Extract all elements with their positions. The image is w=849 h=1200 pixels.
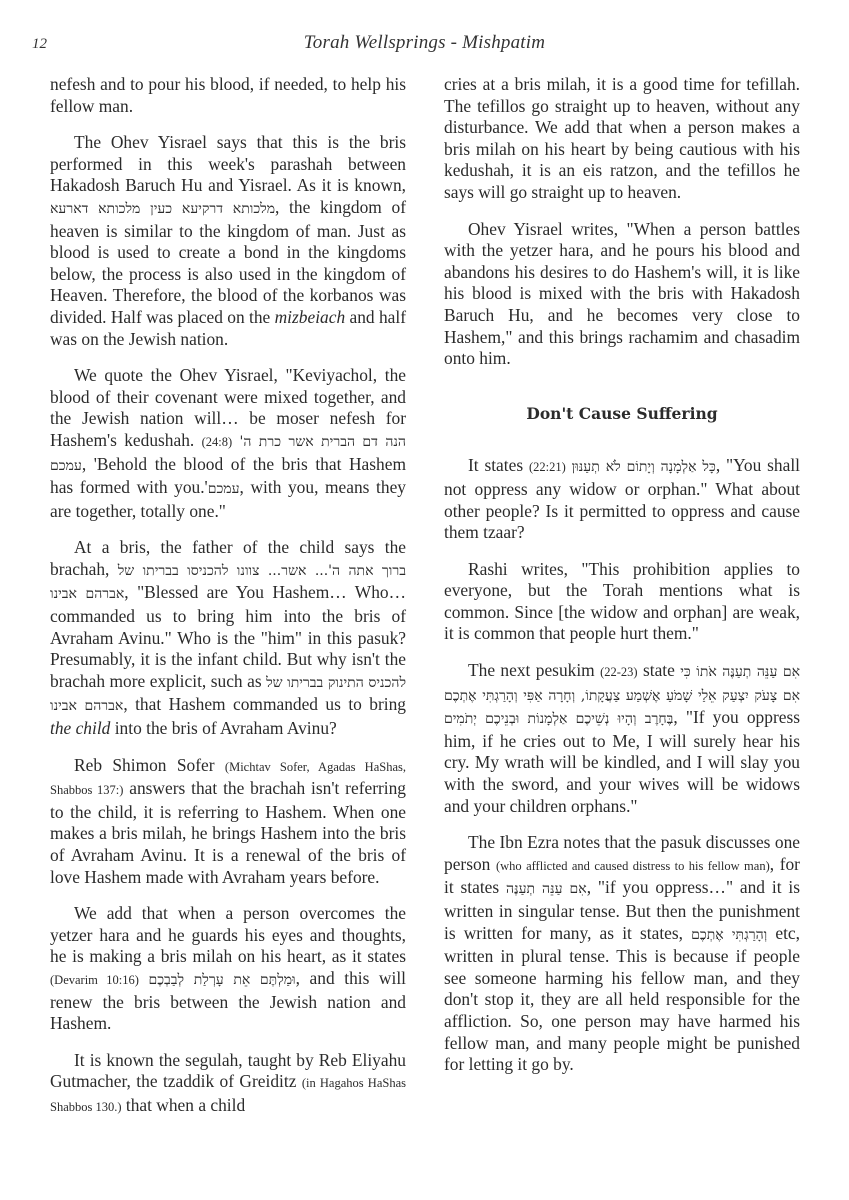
text: etc, written in plural tense. This is be… xyxy=(444,923,800,1075)
hebrew-quote: וּמַלְתֶּם אֵת עָרְלַת לְבַבְכֶם xyxy=(148,972,295,988)
paragraph: The Ibn Ezra notes that the pasuk discus… xyxy=(444,832,800,1076)
text: that when a child xyxy=(122,1095,246,1115)
running-title: Torah Wellsprings - Mishpatim xyxy=(0,32,849,54)
source-reference: (who afflicted and caused distress to hi… xyxy=(496,859,770,873)
paragraph: It is known the segulah, taught by Reb E… xyxy=(50,1050,406,1119)
paragraph: The next pesukim (22-23) state אִם עַנֵּ… xyxy=(444,660,800,817)
paragraph: It states (22:21) כָּל אַלְמָנָה וְיָתוֹ… xyxy=(444,455,800,543)
hebrew-quote: עמכם xyxy=(208,481,240,497)
paragraph: We quote the Ohev Yisrael, "Keviyachol, … xyxy=(50,365,406,522)
text: Reb Shimon Sofer xyxy=(74,755,225,775)
text: state xyxy=(638,660,681,680)
paragraph: Ohev Yisrael writes, "When a person batt… xyxy=(444,219,800,370)
italic-term: the child xyxy=(50,718,110,738)
paragraph: cries at a bris milah, it is a good time… xyxy=(444,74,800,204)
italic-term: mizbeiach xyxy=(275,307,346,327)
page-header: 12 Torah Wellsprings - Mishpatim xyxy=(0,30,849,60)
text: into the bris of Avraham Avinu? xyxy=(110,718,336,738)
hebrew-quote: מלכותא דרקיעא כעין מלכותא דארעא xyxy=(50,201,275,217)
source-reference: (Devarim 10:16) xyxy=(50,973,139,987)
text: The next pesukim xyxy=(468,660,600,680)
hebrew-quote: אִם עַנֵּה תְעַנֶּה xyxy=(506,881,587,897)
paragraph: The Ohev Yisrael says that this is the b… xyxy=(50,132,406,350)
hebrew-quote: וְהָרַגְתִּי אֶתְכֶם xyxy=(691,927,767,943)
right-column: cries at a bris milah, it is a good time… xyxy=(444,74,800,1091)
paragraph: We add that when a person overcomes the … xyxy=(50,903,406,1035)
paragraph: nefesh and to pour his blood, if needed,… xyxy=(50,74,406,117)
hebrew-quote: כָּל אַלְמָנָה וְיָתוֹם לֹא תְעַנּוּן xyxy=(572,459,716,475)
text: , that Hashem commanded us to bring xyxy=(123,694,406,714)
text: It states xyxy=(468,455,529,475)
source-reference: (24:8) xyxy=(202,435,233,449)
paragraph: At a bris, the father of the child says … xyxy=(50,537,406,739)
paragraph: Rashi writes, "This prohibition applies … xyxy=(444,559,800,645)
left-column: nefesh and to pour his blood, if needed,… xyxy=(50,74,406,1134)
source-reference: (22:21) xyxy=(529,460,566,474)
source-reference: (22-23) xyxy=(600,665,638,679)
section-heading: Don't Cause Suffering xyxy=(444,403,800,425)
text: The Ohev Yisrael says that this is the b… xyxy=(50,132,406,195)
paragraph: Reb Shimon Sofer (Michtav Sofer, Agadas … xyxy=(50,755,406,889)
text: We add that when a person overcomes the … xyxy=(50,903,406,966)
